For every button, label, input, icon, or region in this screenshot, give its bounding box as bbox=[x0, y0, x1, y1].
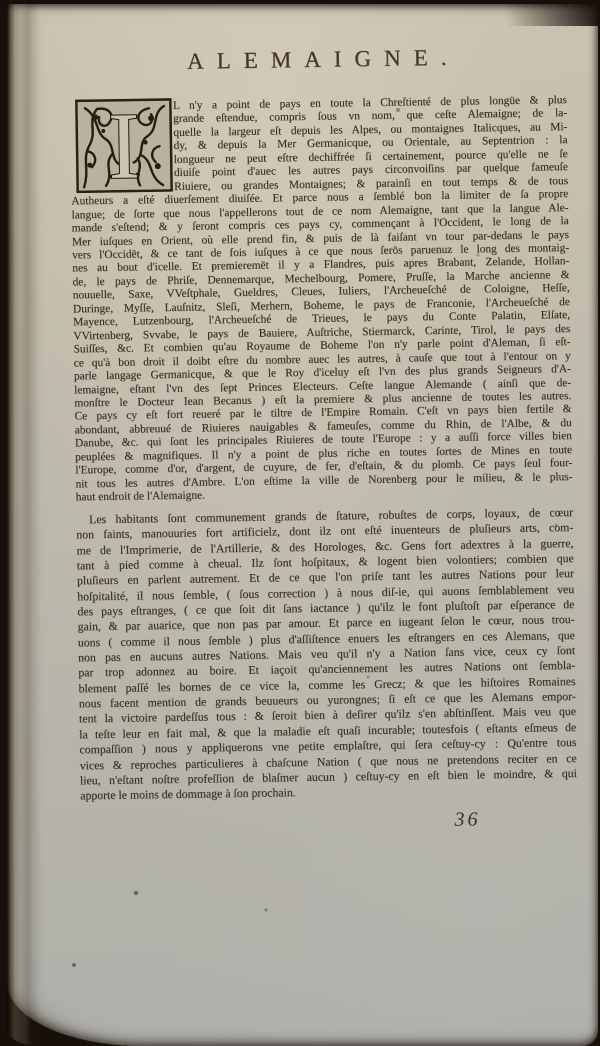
book-page: ALEMAIGNE. bbox=[7, 4, 598, 1046]
paper-specks bbox=[7, 4, 9, 6]
page-text-block: ALEMAIGNE. bbox=[69, 37, 579, 904]
page-number: 36 bbox=[454, 808, 480, 831]
page-corner-shade bbox=[448, 4, 598, 26]
page-gutter-shadow bbox=[7, 4, 41, 1046]
paragraph-2: Les habitants ſont communement grands de… bbox=[76, 505, 577, 804]
page-title: ALEMAIGNE. bbox=[69, 43, 566, 76]
paragraph-1: L n'y a point de pays en toute la Chreſt… bbox=[70, 94, 573, 505]
